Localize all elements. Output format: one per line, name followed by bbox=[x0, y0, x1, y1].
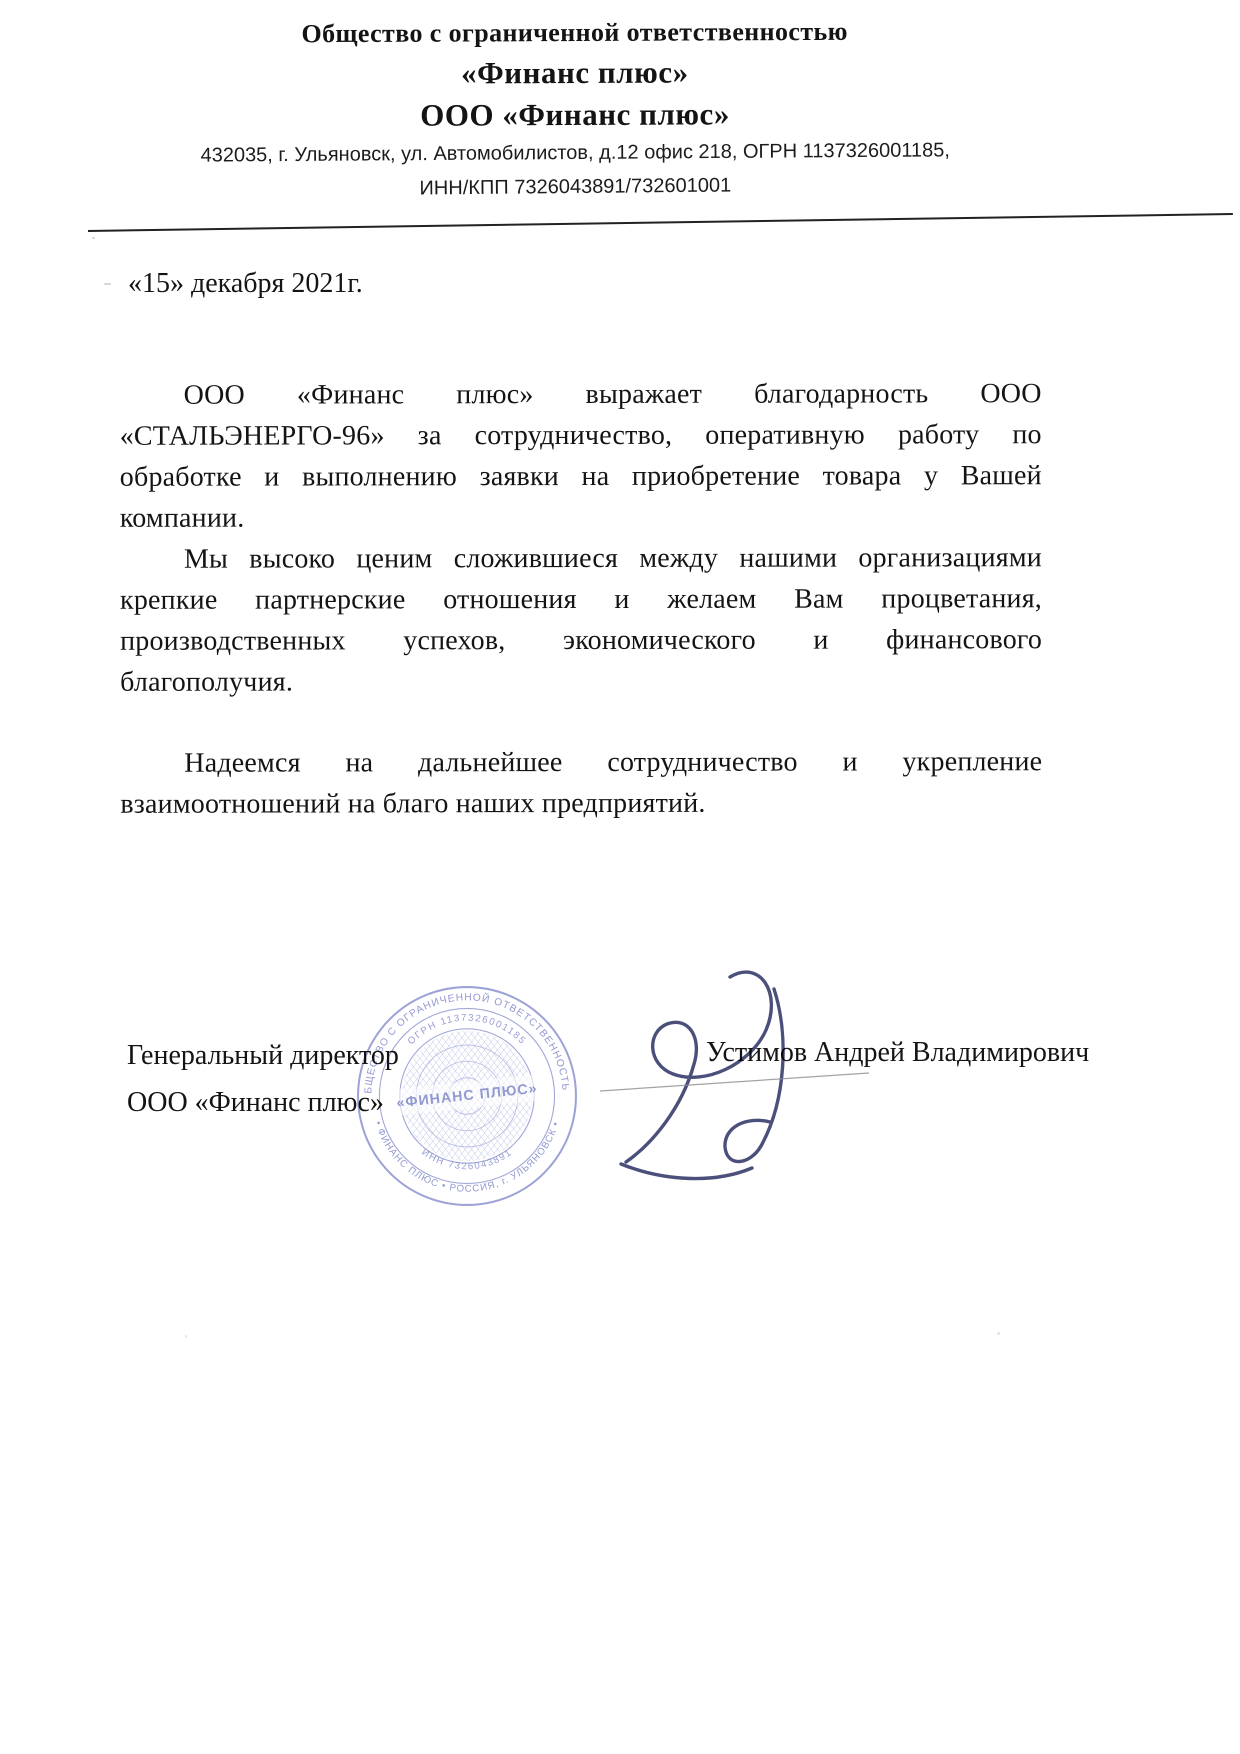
signature-stroke bbox=[626, 972, 771, 1162]
paragraph-line: Мы высоко ценим сложившиеся между нашими… bbox=[120, 537, 1042, 580]
letterhead: Общество с ограниченной ответственностью… bbox=[0, 15, 1150, 201]
company-inn-kpp: ИНН/КПП 7326043891/732601001 bbox=[0, 170, 1150, 204]
paragraph-line: «СТАЛЬЭНЕРГО-96» за сотрудничество, опер… bbox=[120, 414, 1042, 457]
letter-body: ООО «Финанс плюс» выражает благодарность… bbox=[120, 373, 1043, 825]
company-legal-form: Общество с ограниченной ответственностью bbox=[0, 15, 1150, 50]
signer-company: ООО «Финанс плюс» bbox=[127, 1087, 384, 1119]
scan-speck bbox=[185, 1335, 187, 1338]
header-divider-line bbox=[88, 213, 1233, 232]
scan-speck bbox=[92, 237, 95, 239]
handwritten-signature bbox=[555, 935, 885, 1235]
scanned-letter-page: Общество с ограниченной ответственностью… bbox=[0, 0, 1240, 1754]
paragraph-line: крепкие партнерские отношения и желаем В… bbox=[120, 578, 1042, 621]
paragraph-line: компании. bbox=[120, 496, 1042, 539]
paragraph-line: взаимоотношений на благо наших предприят… bbox=[120, 782, 1042, 825]
signature-tail-line bbox=[600, 1073, 869, 1091]
company-address: 432035, г. Ульяновск, ул. Автомобилистов… bbox=[0, 138, 1150, 169]
letter-date: «15» декабря 2021г. bbox=[128, 268, 363, 300]
signature-stroke bbox=[725, 989, 783, 1162]
paragraph-line: ООО «Финанс плюс» выражает благодарность… bbox=[120, 373, 1042, 416]
company-name: «Финанс плюс» bbox=[0, 52, 1150, 93]
scan-speck bbox=[104, 283, 111, 285]
paragraph-line: производственных успехов, экономического… bbox=[120, 619, 1042, 662]
signature-stroke bbox=[621, 1164, 752, 1179]
paragraph-line: обработке и выполнению заявки на приобре… bbox=[120, 455, 1042, 498]
company-stamp: ОБЩЕСТВО С ОГРАНИЧЕННОЙ ОТВЕТСТВЕННОСТЬЮ… bbox=[355, 984, 579, 1208]
company-short-name: ООО «Финанс плюс» bbox=[0, 94, 1150, 135]
paragraph-line: Надеемся на дальнейшее сотрудничество и … bbox=[120, 741, 1042, 784]
paragraph-gap bbox=[120, 701, 1042, 743]
scan-speck bbox=[997, 1332, 1000, 1335]
paragraph-line: благополучия. bbox=[120, 660, 1042, 703]
